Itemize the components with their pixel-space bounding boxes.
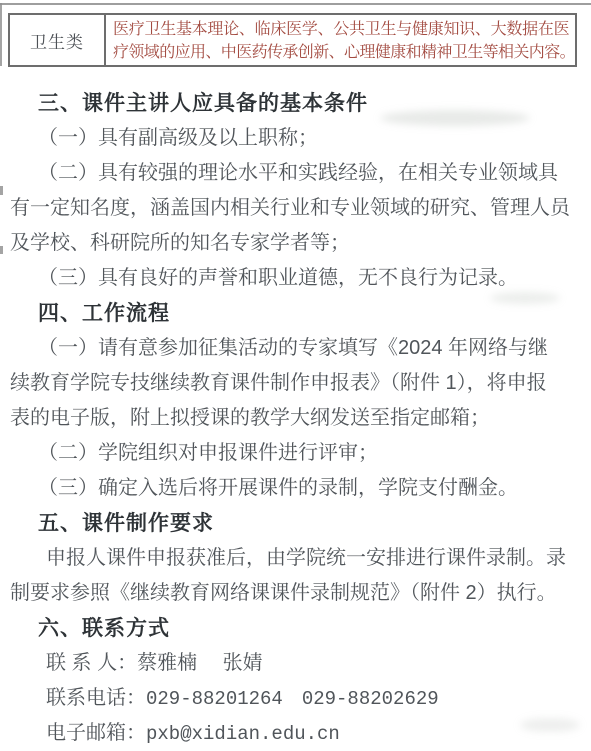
contact-email-row: 电子邮箱：pxb@xidian.edu.cn (10, 716, 581, 751)
table-left-remnant-border (0, 3, 2, 66)
section-heading-4: 四、工作流程 (10, 296, 581, 331)
paragraph-line: 申报人课件申报获准后，由学院统一安排进行课件录制。录 (10, 541, 581, 576)
category-content-line: 医疗卫生基本理论、临床医学、公共卫生与健康知识、大数据在医 (113, 18, 569, 41)
paragraph-line: 续教育学院专技继续教育课件制作申报表》（附件 1），将申报 (10, 366, 581, 401)
table-cell-category: 卫生类 (10, 15, 106, 65)
paragraph-line: （三）具有良好的声誉和职业道德，无不良行为记录。 (10, 261, 581, 296)
section-heading-5: 五、课件制作要求 (10, 506, 581, 541)
document-body: 三、课件主讲人应具备的基本条件 （一）具有副高级及以上职称； （二）具有较强的理… (10, 86, 581, 751)
category-content-line: 疗领域的应用、中医药传承创新、心理健康和精神卫生等相关内容。 (113, 41, 569, 64)
contact-email-value: pxb@xidian.edu.cn (146, 723, 340, 745)
table-top-remnant-border (0, 3, 591, 5)
contact-email-label: 电子邮箱： (46, 722, 146, 744)
contact-phone-label: 联系电话： (46, 687, 146, 709)
contact-person-value: 蔡雅楠 张婧 (137, 652, 263, 674)
paragraph-line: 有一定知名度，涵盖国内相关行业和专业领域的研究、管理人员 (10, 191, 581, 226)
paragraph-line: （二）具有较强的理论水平和实践经验，在相关专业领域具 (10, 156, 581, 191)
category-label: 卫生类 (30, 28, 84, 53)
section-heading-3: 三、课件主讲人应具备的基本条件 (10, 86, 581, 121)
category-table-row: 卫生类 医疗卫生基本理论、临床医学、公共卫生与健康知识、大数据在医 疗领域的应用… (8, 13, 577, 67)
scan-edge-speck (0, 246, 3, 254)
paragraph-line: （一）请有意参加征集活动的专家填写《2024 年网络与继 (10, 331, 581, 366)
paragraph-line: （一）具有副高级及以上职称； (10, 121, 581, 156)
contact-phone-value: 029-88201264 029-88202629 (146, 688, 439, 710)
contact-person-label: 联 系 人： (46, 652, 137, 674)
paragraph-line: （二）学院组织对申报课件进行评审； (10, 436, 581, 471)
paragraph-line: 及学校、科研院所的知名专家学者等； (10, 226, 581, 261)
section-heading-6: 六、联系方式 (10, 611, 581, 646)
paragraph-line: 表的电子版，附上拟授课的教学大纲发送至指定邮箱； (10, 401, 581, 436)
contact-phone-row: 联系电话：029-88201264 029-88202629 (10, 681, 581, 716)
scan-edge-speck (0, 186, 3, 195)
paragraph-line: 制要求参照《继续教育网络课课件录制规范》（附件 2）执行。 (10, 576, 581, 611)
scanned-document-page: 卫生类 医疗卫生基本理论、临床医学、公共卫生与健康知识、大数据在医 疗领域的应用… (0, 0, 591, 751)
contact-person-row: 联 系 人：蔡雅楠 张婧 (10, 646, 581, 681)
table-cell-content: 医疗卫生基本理论、临床医学、公共卫生与健康知识、大数据在医 疗领域的应用、中医药… (106, 15, 575, 65)
paragraph-line: （三）确定入选后将开展课件的录制，学院支付酬金。 (10, 471, 581, 506)
